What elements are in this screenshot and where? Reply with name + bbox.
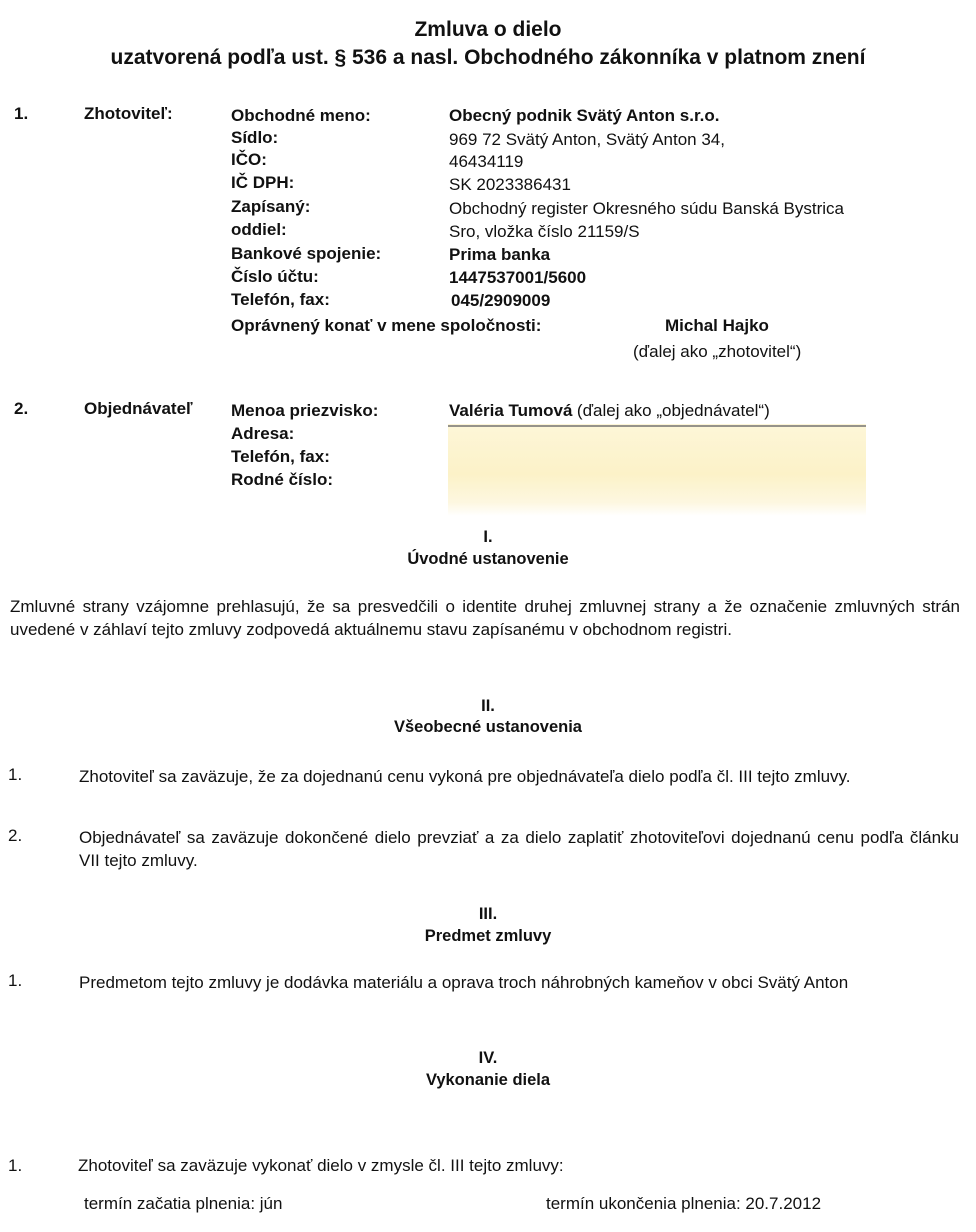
field-value-ico: 46434119 [449, 152, 523, 172]
field-label: Telefón, fax: [231, 290, 330, 310]
field-label: Sídlo: [231, 128, 278, 148]
article-heading: Úvodné ustanovenie [0, 550, 976, 569]
item-number: 1. [8, 971, 22, 991]
item-text: Zhotoviteľ sa zaväzuje vykonať dielo v z… [78, 1156, 564, 1176]
item-text: Zhotoviteľ sa zaväzuje, že za dojednanú … [79, 765, 959, 788]
field-value-phone: 045/2909009 [451, 291, 550, 311]
article-numeral: I. [0, 528, 976, 547]
field-label: IČO: [231, 150, 267, 170]
party-role-label: Objednávateľ [84, 399, 193, 419]
party-number: 2. [14, 399, 28, 419]
field-value-bank: Prima banka [449, 245, 550, 265]
field-label: Telefón, fax: [231, 447, 330, 467]
article-heading: Všeobecné ustanovenia [0, 718, 976, 737]
field-label: Adresa: [231, 424, 294, 444]
redaction-block [448, 424, 866, 516]
field-value-address: 969 72 Svätý Anton, Svätý Anton 34, [449, 130, 725, 150]
item-number: 1. [8, 765, 22, 785]
article-heading: Vykonanie diela [0, 1071, 976, 1090]
party-number: 1. [14, 104, 28, 124]
field-label: IČ DPH: [231, 173, 294, 193]
client-name-line: Valéria Tumová (ďalej ako „objednávatel“… [449, 401, 770, 421]
field-label: Zapísaný: [231, 197, 310, 217]
article-heading: Predmet zmluvy [0, 927, 976, 946]
client-alias: (ďalej ako „objednávatel“) [577, 401, 770, 420]
item-text: Objednávateľ sa zaväzuje dokončené dielo… [79, 826, 959, 872]
article-numeral: II. [0, 697, 976, 716]
field-label: Menoa priezvisko: [231, 401, 378, 421]
field-label: Obchodné meno: [231, 106, 371, 126]
field-value-representative: Michal Hajko [665, 316, 769, 336]
article-numeral: IV. [0, 1049, 976, 1068]
item-number: 1. [8, 1156, 22, 1176]
field-label: Rodné číslo: [231, 470, 333, 490]
field-label: oddiel: [231, 220, 287, 240]
article-paragraph: Zmluvné strany vzájomne prehlasujú, že s… [10, 595, 960, 641]
field-value-register: Obchodný register Okresného súdu Banská … [449, 199, 844, 219]
field-value-client-name: Valéria Tumová [449, 401, 572, 420]
item-text: Predmetom tejto zmluvy je dodávka materi… [79, 971, 959, 994]
field-value-vat-id: SK 2023386431 [449, 175, 571, 195]
start-term: termín začatia plnenia: jún [84, 1194, 282, 1214]
document-subtitle: uzatvorená podľa ust. § 536 a nasl. Obch… [0, 46, 976, 70]
redaction-edge [448, 425, 866, 427]
field-label: Oprávnený konať v mene spoločnosti: [231, 316, 541, 336]
field-value-section: Sro, vložka číslo 21159/S [449, 222, 640, 242]
end-term: termín ukončenia plnenia: 20.7.2012 [546, 1194, 821, 1214]
article-numeral: III. [0, 905, 976, 924]
field-value-company-name: Obecný podnik Svätý Anton s.r.o. [449, 106, 719, 126]
field-label: Číslo účtu: [231, 267, 319, 287]
document-title: Zmluva o dielo [0, 18, 976, 42]
party-role-label: Zhotoviteľ: [84, 104, 173, 124]
contractor-alias: (ďalej ako „zhotovitel“) [633, 342, 801, 362]
item-number: 2. [8, 826, 22, 846]
field-value-account: 1447537001/5600 [449, 268, 586, 288]
field-label: Bankové spojenie: [231, 244, 381, 264]
